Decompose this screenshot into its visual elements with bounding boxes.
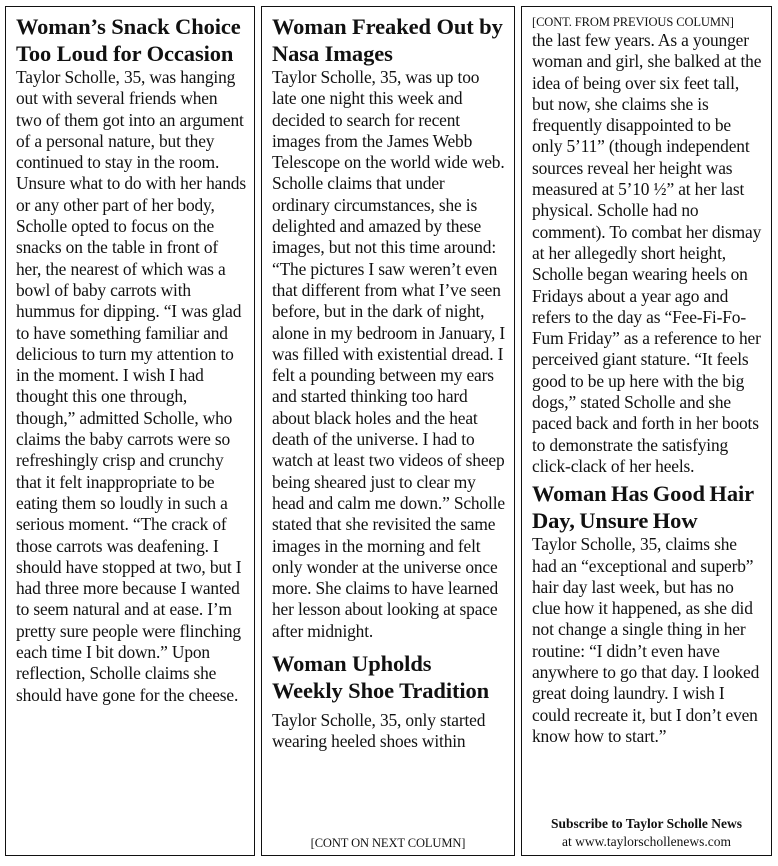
article-body-shoe-continued: the last few years. As a younger woman a… (532, 30, 763, 477)
article-headline-shoe: Woman Upholds Weekly Shoe Tradition (272, 650, 506, 704)
article-body-hair: Taylor Scholle, 35, claims she had an “e… (532, 534, 763, 747)
article-headline-nasa: Woman Freaked Out by Nasa Images (272, 13, 506, 67)
article-headline-hair: Woman Has Good Hair Day, Unsure How (532, 480, 763, 534)
column-1: Woman’s Snack Choice Too Loud for Occasi… (5, 6, 255, 856)
subscribe-title: Subscribe to Taylor Scholle News (522, 815, 771, 833)
article-headline-snack: Woman’s Snack Choice Too Loud for Occasi… (16, 13, 246, 67)
column-3: [CONT. FROM PREVIOUS COLUMN] the last fe… (521, 6, 772, 856)
continued-next-column-note: [CONT ON NEXT COLUMN] (262, 835, 514, 851)
article-body-snack: Taylor Scholle, 35, was hanging out with… (16, 67, 246, 706)
subscribe-footer: Subscribe to Taylor Scholle News at www.… (522, 815, 771, 850)
continued-from-previous-note: [CONT. FROM PREVIOUS COLUMN] (532, 14, 763, 30)
article-body-nasa: Taylor Scholle, 35, was up too late one … (272, 67, 506, 642)
subscribe-url-link[interactable]: at www.taylorschollenews.com (522, 833, 771, 850)
article-body-shoe-start: Taylor Scholle, 35, only started wearing… (272, 710, 506, 753)
column-2: Woman Freaked Out by Nasa Images Taylor … (261, 6, 515, 856)
